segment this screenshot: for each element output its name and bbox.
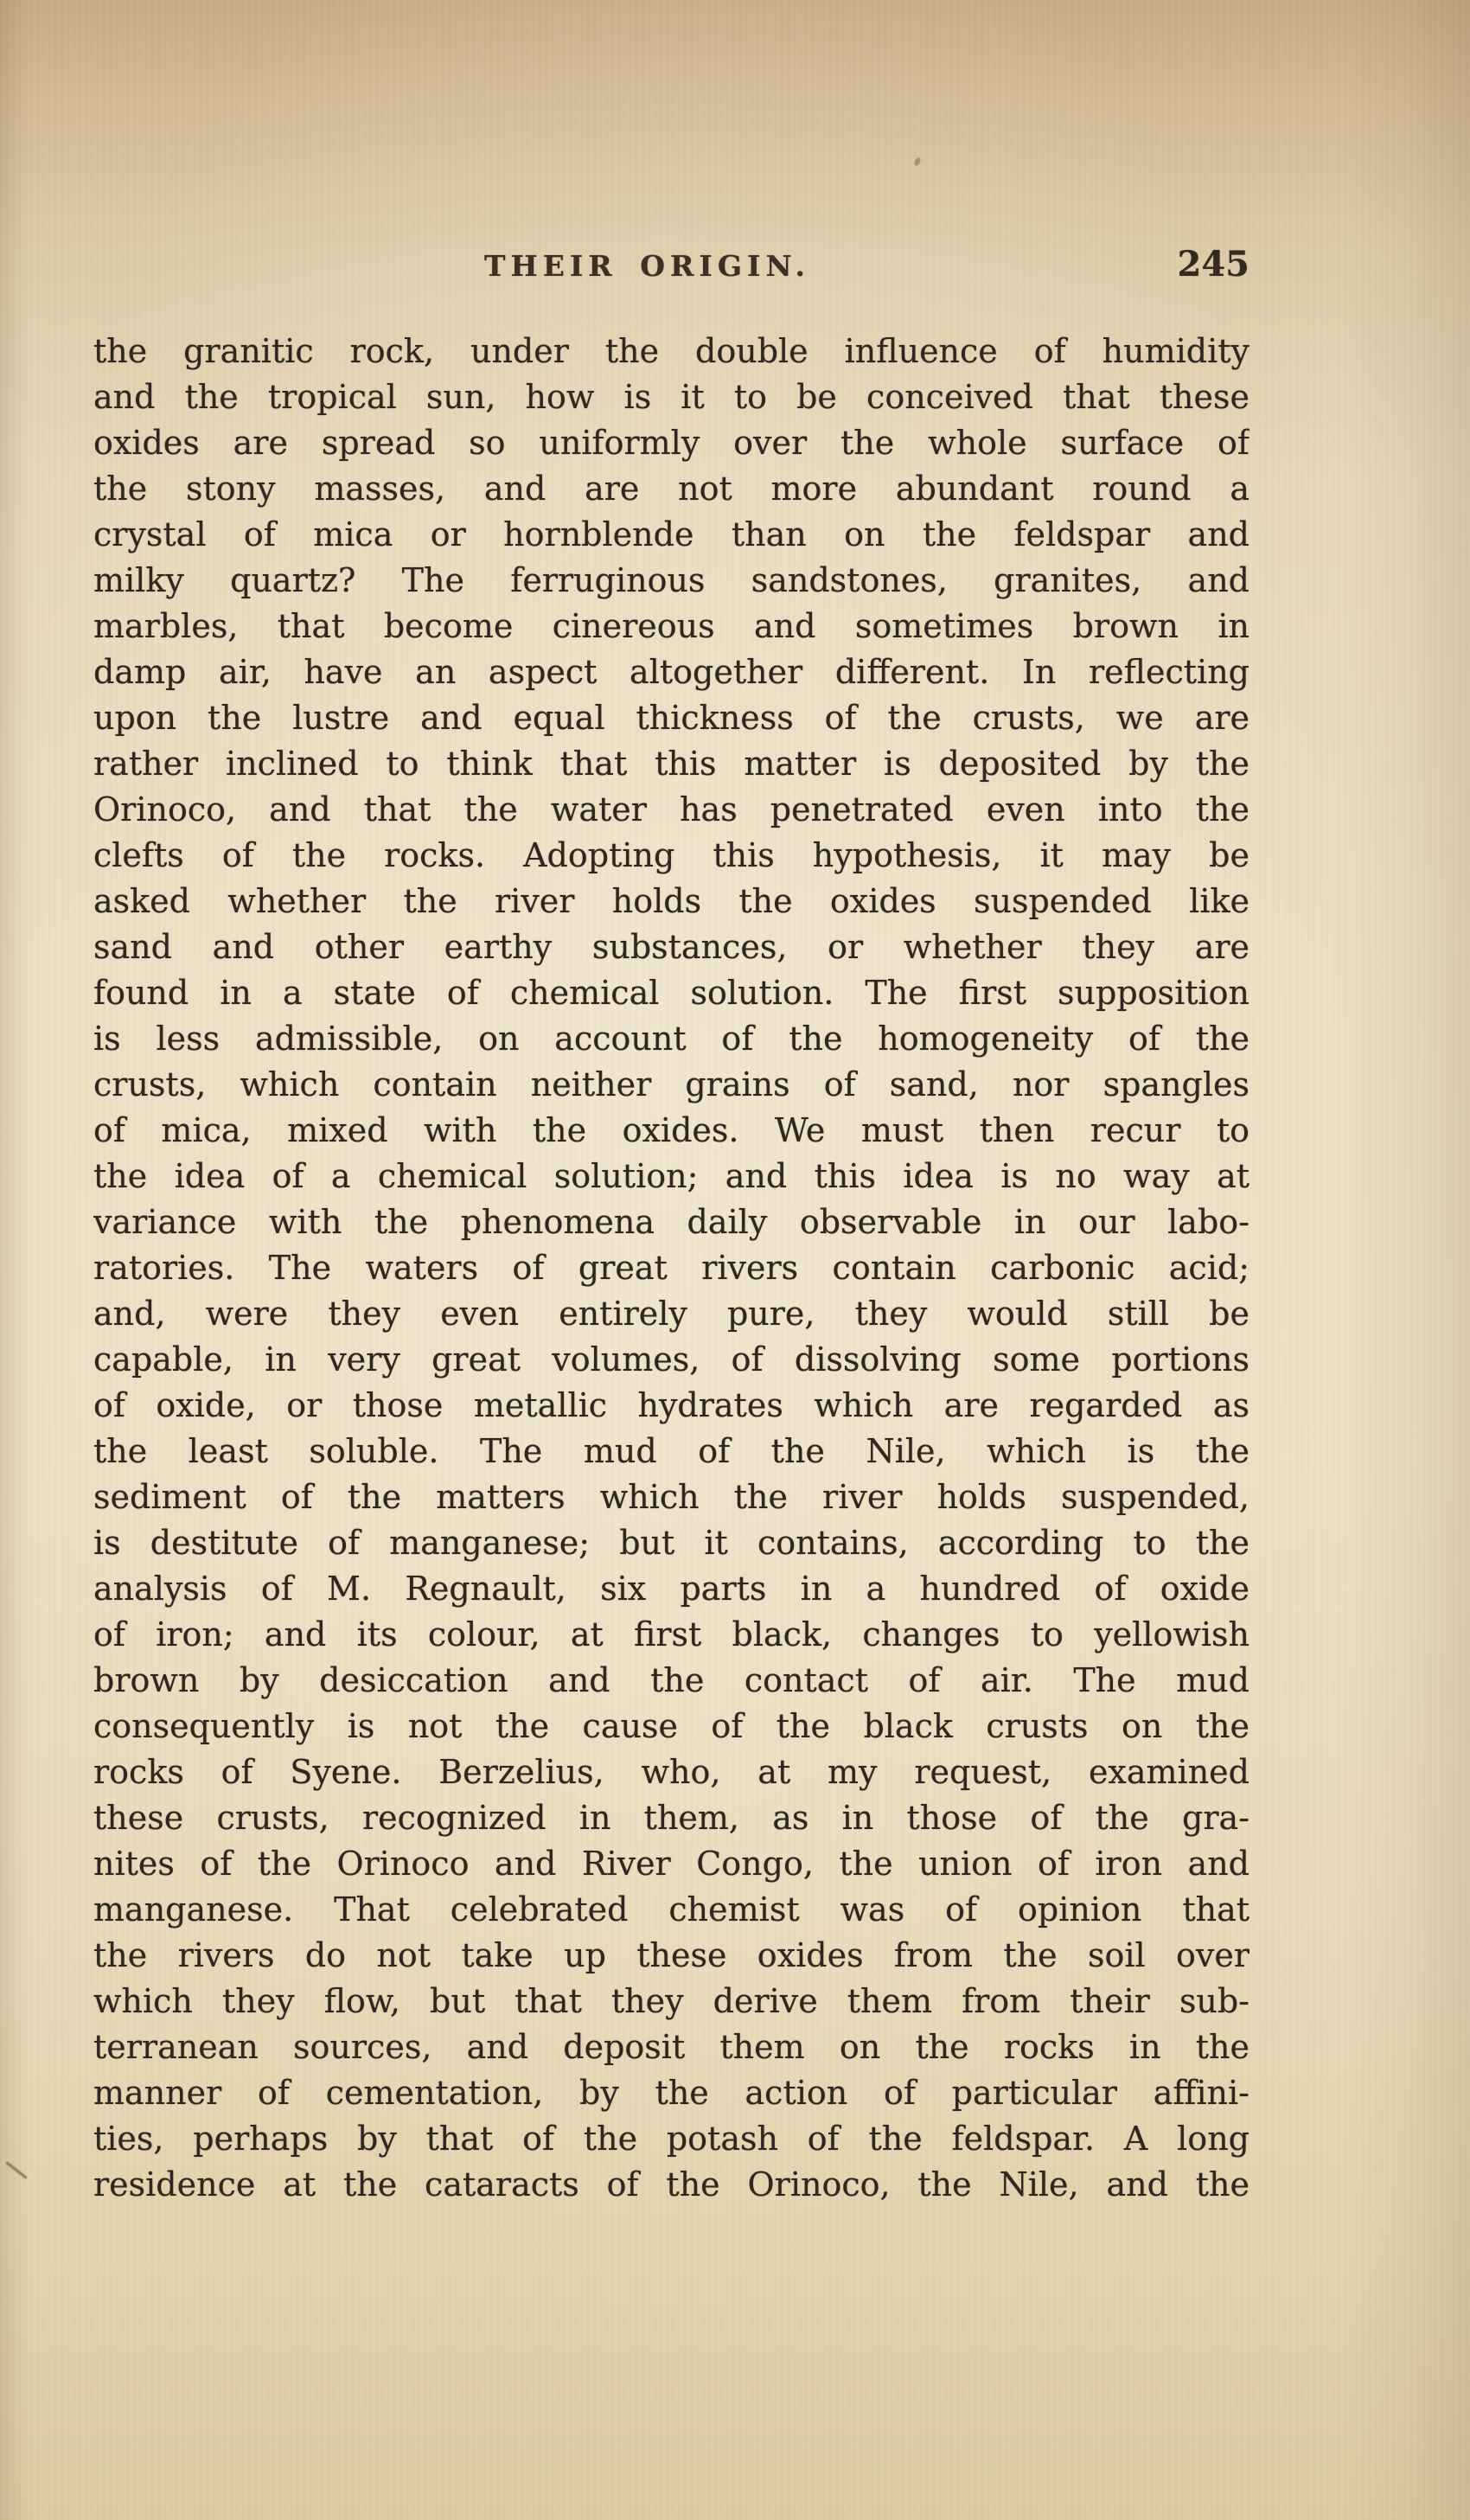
text-line: is destitute of manganese; but it contai… — [93, 1520, 1249, 1566]
pen-mark — [5, 2161, 27, 2179]
ink-speck — [913, 157, 922, 167]
text-line: terranean sources, and deposit them on t… — [93, 2024, 1249, 2070]
text-line: brown by desiccation and the contact of … — [93, 1658, 1249, 1704]
text-line: nites of the Orinoco and River Congo, th… — [93, 1841, 1249, 1887]
text-line: analysis of M. Regnault, six parts in a … — [93, 1566, 1249, 1612]
text-line: manner of cementation, by the action of … — [93, 2070, 1249, 2116]
text-line: variance with the phenomena daily observ… — [93, 1199, 1249, 1245]
text-line: damp air, have an aspect altogether diff… — [93, 649, 1249, 695]
running-head: THEIR ORIGIN. 245 — [93, 249, 1249, 294]
text-line: the least soluble. The mud of the Nile, … — [93, 1429, 1249, 1474]
text-line: rather inclined to think that this matte… — [93, 741, 1249, 787]
body-lines: the granitic rock, under the double infl… — [93, 329, 1249, 2208]
text-line: of iron; and its colour, at first black,… — [93, 1612, 1249, 1658]
text-line: asked whether the river holds the oxides… — [93, 879, 1249, 924]
text-line: Orinoco, and that the water has penetrat… — [93, 787, 1249, 833]
text-line: clefts of the rocks. Adopting this hypot… — [93, 833, 1249, 879]
text-line: rocks of Syene. Berzelius, who, at my re… — [93, 1749, 1249, 1795]
text-line: of oxide, or those metallic hydrates whi… — [93, 1383, 1249, 1429]
text-line: capable, in very great volumes, of disso… — [93, 1337, 1249, 1383]
text-line: consequently is not the cause of the bla… — [93, 1704, 1249, 1749]
running-title: THEIR ORIGIN. — [69, 249, 1225, 283]
text-line: crusts, which contain neither grains of … — [93, 1062, 1249, 1108]
text-line: the stony masses, and are not more abund… — [93, 466, 1249, 512]
text-line: which they flow, but that they derive th… — [93, 1979, 1249, 2024]
text-line: and, were they even entirely pure, they … — [93, 1291, 1249, 1337]
text-line: oxides are spread so uniformly over the … — [93, 420, 1249, 466]
text-line: the rivers do not take up these oxides f… — [93, 1933, 1249, 1979]
text-line: of mica, mixed with the oxides. We must … — [93, 1108, 1249, 1154]
book-page: THEIR ORIGIN. 245 the granitic rock, und… — [0, 0, 1470, 2520]
page-number: 245 — [1178, 244, 1250, 285]
text-line: the idea of a chemical solution; and thi… — [93, 1154, 1249, 1199]
text-line: ratories. The waters of great rivers con… — [93, 1245, 1249, 1291]
text-line: sediment of the matters which the river … — [93, 1474, 1249, 1520]
text-line: found in a state of chemical solution. T… — [93, 970, 1249, 1016]
text-line: and the tropical sun, how is it to be co… — [93, 374, 1249, 420]
text-line: manganese. That celebrated chemist was o… — [93, 1887, 1249, 1933]
text-line: the granitic rock, under the double infl… — [93, 329, 1249, 374]
text-line: milky quartz? The ferruginous sandstones… — [93, 558, 1249, 604]
text-line: marbles, that become cinereous and somet… — [93, 604, 1249, 649]
text-line: crystal of mica or hornblende than on th… — [93, 512, 1249, 558]
text-line: sand and other earthy substances, or whe… — [93, 924, 1249, 970]
text-line: upon the lustre and equal thickness of t… — [93, 695, 1249, 741]
text-line: ties, perhaps by that of the potash of t… — [93, 2116, 1249, 2162]
text-line: these crusts, recognized in them, as in … — [93, 1795, 1249, 1841]
text-line: is less admissible, on account of the ho… — [93, 1016, 1249, 1062]
text-line: residence at the cataracts of the Orinoc… — [93, 2162, 1249, 2208]
